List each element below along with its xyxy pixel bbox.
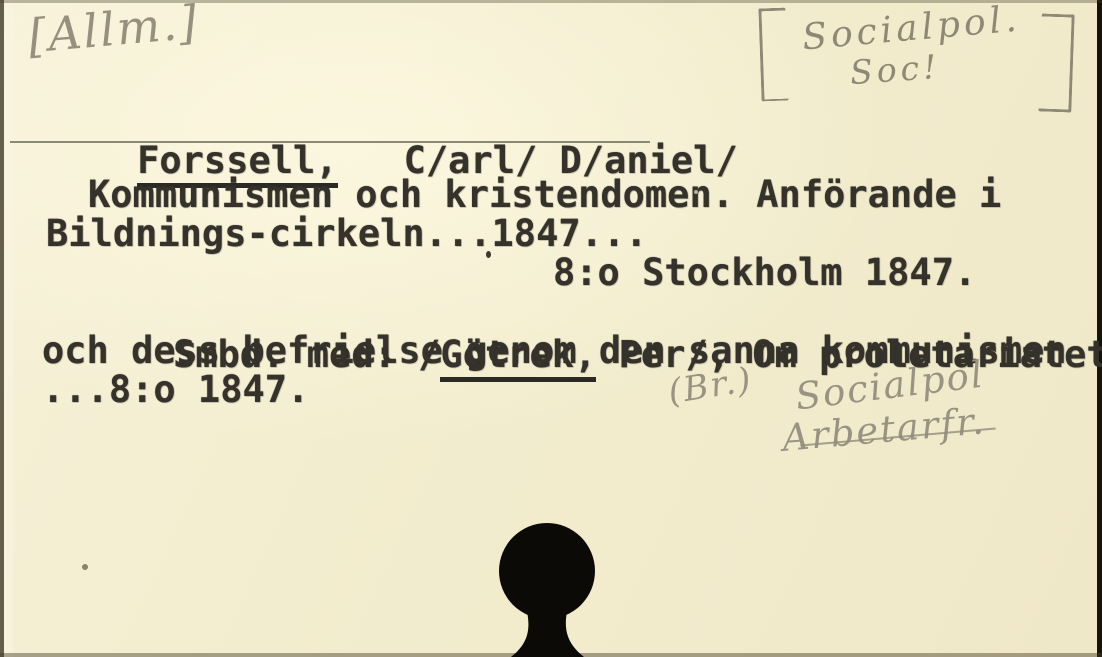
keyhole-punch-hole [0, 0, 1102, 657]
catalog-card: [Allm.] Socialpol. Soc! Forssell,C/arl/ … [0, 0, 1102, 657]
